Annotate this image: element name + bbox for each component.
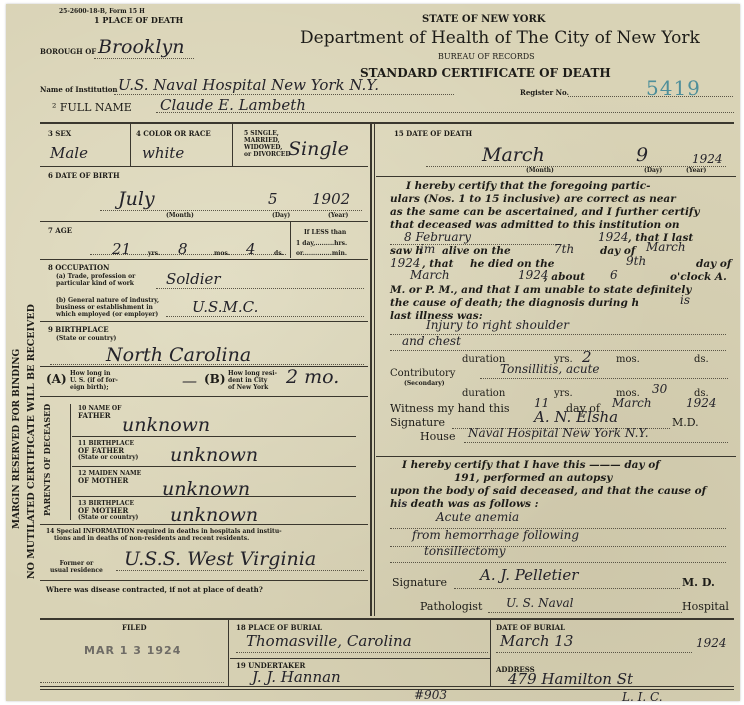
age-months: 8 xyxy=(178,240,188,258)
autopsy-cause-line-3: tonsillectomy xyxy=(424,544,505,558)
death-certificate: 25-2600-18-B, Form 15 H 1 PLACE OF DEATH… xyxy=(6,4,740,701)
how-long-ny-value: 2 mo. xyxy=(286,366,339,388)
full-name-value: Claude E. Lambeth xyxy=(160,96,306,114)
house-value: Naval Hospital New York N.Y. xyxy=(468,426,649,440)
cert-text-9: M. or P. M., and that I am unable to sta… xyxy=(390,284,691,297)
sex-label: 3 SEX xyxy=(48,130,71,138)
father-name-label: 10 NAME OF FATHER xyxy=(78,405,121,419)
physician-signature: A. N. Elsha xyxy=(534,408,618,426)
birthplace-label: 9 BIRTHPLACE xyxy=(48,326,109,334)
witness-label: Witness my hand this xyxy=(390,402,510,415)
last-seen-day: 7th xyxy=(554,242,574,256)
sex-value: Male xyxy=(50,144,88,162)
marital-value: Single xyxy=(288,138,349,160)
diagnosis-pronoun: is xyxy=(680,293,690,307)
death-year: 1924 xyxy=(692,152,723,166)
last-seen-month: March xyxy=(646,240,686,254)
contributory-label: Contributory xyxy=(390,368,455,379)
birthplace-value: North Carolina xyxy=(106,344,251,366)
autopsy-cause-line-2: from hemorrhage following xyxy=(412,528,579,542)
death-month: March xyxy=(482,144,545,166)
burial-date-label: DATE OF BURIAL xyxy=(496,624,565,631)
margin-binding-text: MARGIN RESERVED FOR BINDING xyxy=(12,349,22,529)
cert-text-10a: the cause of death; the diagnosis during… xyxy=(390,297,639,310)
marital-label: 5 SINGLE, MARRIED, WIDOWED, or DIVORCED xyxy=(244,130,291,158)
father-birthplace-label: 11 BIRTHPLACE OF FATHER (State or countr… xyxy=(78,440,138,461)
occupation-label: 8 OCCUPATION xyxy=(48,264,109,272)
died-hour: 6 xyxy=(610,268,618,282)
burial-year: 1924 xyxy=(696,636,727,650)
contrib-duration-label: duration xyxy=(462,388,505,399)
house-label: House xyxy=(420,430,455,443)
mos-label: mos. xyxy=(214,250,230,257)
burial-date-value: March 13 xyxy=(500,632,573,650)
institution-value: U.S. Naval Hospital New York N.Y. xyxy=(118,76,379,94)
how-long-us-label: How long in U. S. (if of for- eign birth… xyxy=(70,370,118,391)
parents-label: PARENTS OF DECEASED xyxy=(42,404,52,516)
dob-year: 1902 xyxy=(312,190,350,208)
secondary-label: (Secondary) xyxy=(404,380,445,387)
register-number: 5419 xyxy=(646,76,701,100)
dob-day: 5 xyxy=(268,190,278,208)
day-caption: (Day) xyxy=(272,212,290,219)
contrib-duration-value: 30 xyxy=(652,382,667,396)
witness-year: 1924 xyxy=(686,396,717,410)
undertaker-value: J. J. Hannan xyxy=(252,668,341,686)
burial-place-value: Thomasville, Carolina xyxy=(246,632,412,650)
or-min-label: or..............min. xyxy=(296,250,347,257)
age-years: 21 xyxy=(112,240,131,258)
state-title: STATE OF NEW YORK xyxy=(422,14,546,25)
diagnosis-primary: Injury to right shoulder xyxy=(426,318,569,332)
margin-mutilated-text: NO MUTILATED CERTIFICATE WILL BE RECEIVE… xyxy=(26,304,37,579)
age-days: 4 xyxy=(246,240,256,258)
last-seen-pronoun: im xyxy=(420,242,435,256)
form-number: 25-2600-18-B, Form 15 H xyxy=(59,8,145,15)
full-name-label: ² FULL NAME xyxy=(52,101,132,114)
occupation-b-value: U.S.M.C. xyxy=(192,298,258,316)
physician-signature-label: Signature xyxy=(390,416,445,429)
birthplace-sub: (State or country) xyxy=(56,335,116,342)
month-caption: (Month) xyxy=(166,212,194,219)
diagnosis-primary-cont: and chest xyxy=(402,334,461,348)
cert-text-6b: alive on the xyxy=(442,245,511,258)
how-long-us-value: — xyxy=(182,372,197,390)
admitted-year: 1924 xyxy=(598,230,629,244)
occupation-b-label: (b) General nature of industry, business… xyxy=(56,297,159,318)
cert-text-7c: day of xyxy=(696,258,731,271)
age-label: 7 AGE xyxy=(48,227,72,235)
mother-birthplace-label: 13 BIRTHPLACE OF MOTHER (State or countr… xyxy=(78,500,138,521)
race-label: 4 COLOR OR RACE xyxy=(136,130,211,138)
filed-label: FILED xyxy=(122,624,147,632)
death-day: 9 xyxy=(636,144,648,166)
filed-stamp: MAR 1 3 1924 xyxy=(84,644,181,657)
yrs-label: yrs. xyxy=(148,250,160,257)
place-of-death-label: 1 PLACE OF DEATH xyxy=(94,16,183,24)
how-long-ny-label: How long resi- dent in City of New York xyxy=(228,370,277,391)
date-of-death-label: 15 DATE OF DEATH xyxy=(394,130,472,138)
mother-name-label: 12 MAIDEN NAME OF MOTHER xyxy=(78,470,141,484)
address-sub: L. I. C. xyxy=(622,690,663,704)
hospital-label: Hospital xyxy=(682,600,729,613)
duration-label: duration xyxy=(462,354,505,365)
mother-birthplace-value: unknown xyxy=(170,504,258,526)
how-long-us-marker: (A) xyxy=(46,372,67,386)
father-birthplace-value: unknown xyxy=(170,444,258,466)
undertaker-number: #903 xyxy=(414,688,447,702)
certification-text: I hereby certify that the foregoing part… xyxy=(390,180,735,232)
pathologist-label: Pathologist xyxy=(420,600,482,613)
residence-label: Former or usual residence xyxy=(50,560,103,574)
death-year-caption: (Year) xyxy=(686,167,706,174)
died-day: 9th xyxy=(626,254,646,268)
death-day-caption: (Day) xyxy=(644,167,662,174)
residence-value: U.S.S. West Virginia xyxy=(124,548,316,570)
died-month: March xyxy=(410,268,450,282)
father-name-value: unknown xyxy=(122,414,210,436)
cert-text-8a: , about xyxy=(544,271,585,284)
admitted-date: 8 February xyxy=(404,230,471,244)
pathologist-value: U. S. Naval xyxy=(506,596,574,610)
duration-mos-label: mos. xyxy=(616,354,640,365)
pathologist-signature-label: Signature xyxy=(392,576,447,589)
contrib-yrs-label: yrs. xyxy=(554,388,573,399)
department-title: Department of Health of The City of New … xyxy=(300,28,700,48)
register-label: Register No. xyxy=(520,88,569,97)
institution-label: Name of Institution xyxy=(40,86,118,93)
disease-contracted-label: Where was disease contracted, if not at … xyxy=(46,586,263,594)
year-caption: (Year) xyxy=(328,212,348,219)
certificate-title: STANDARD CERTIFICATE OF DEATH xyxy=(360,66,611,80)
physician-md-label: M.D. xyxy=(672,416,699,429)
contributory-value: Tonsillitis, acute xyxy=(500,362,600,376)
bureau-title: BUREAU OF RECORDS xyxy=(438,52,535,61)
special-info-label: 14 Special INFORMATION required in death… xyxy=(46,528,282,542)
pathologist-signature: A. J. Pelletier xyxy=(480,566,578,584)
dob-label: 6 DATE OF BIRTH xyxy=(48,172,120,180)
how-long-ny-marker: (B) xyxy=(204,372,226,386)
burial-place-label: 18 PLACE OF BURIAL xyxy=(236,624,322,631)
borough-label: BOROUGH OF xyxy=(40,48,96,56)
autopsy-text: I hereby certify that I have this ——— da… xyxy=(390,459,735,511)
less-than-label: If LESS than xyxy=(304,229,346,236)
occupation-a-value: Soldier xyxy=(166,270,221,288)
autopsy-cause-line-1: Acute anemia xyxy=(436,510,519,524)
dob-month: July xyxy=(118,188,155,210)
occupation-a-label: (a) Trade, profession or particular kind… xyxy=(56,273,135,287)
death-month-caption: (Month) xyxy=(526,167,554,174)
pathologist-md-label: M. D. xyxy=(682,576,715,589)
race-value: white xyxy=(142,144,184,162)
cert-text-8b: o'clock A. xyxy=(670,271,727,284)
one-day-label: 1 day,.........hrs. xyxy=(296,240,347,247)
borough-value: Brooklyn xyxy=(98,36,184,58)
ds-label: ds. xyxy=(274,250,284,257)
duration-ds-label: ds. xyxy=(694,354,709,365)
